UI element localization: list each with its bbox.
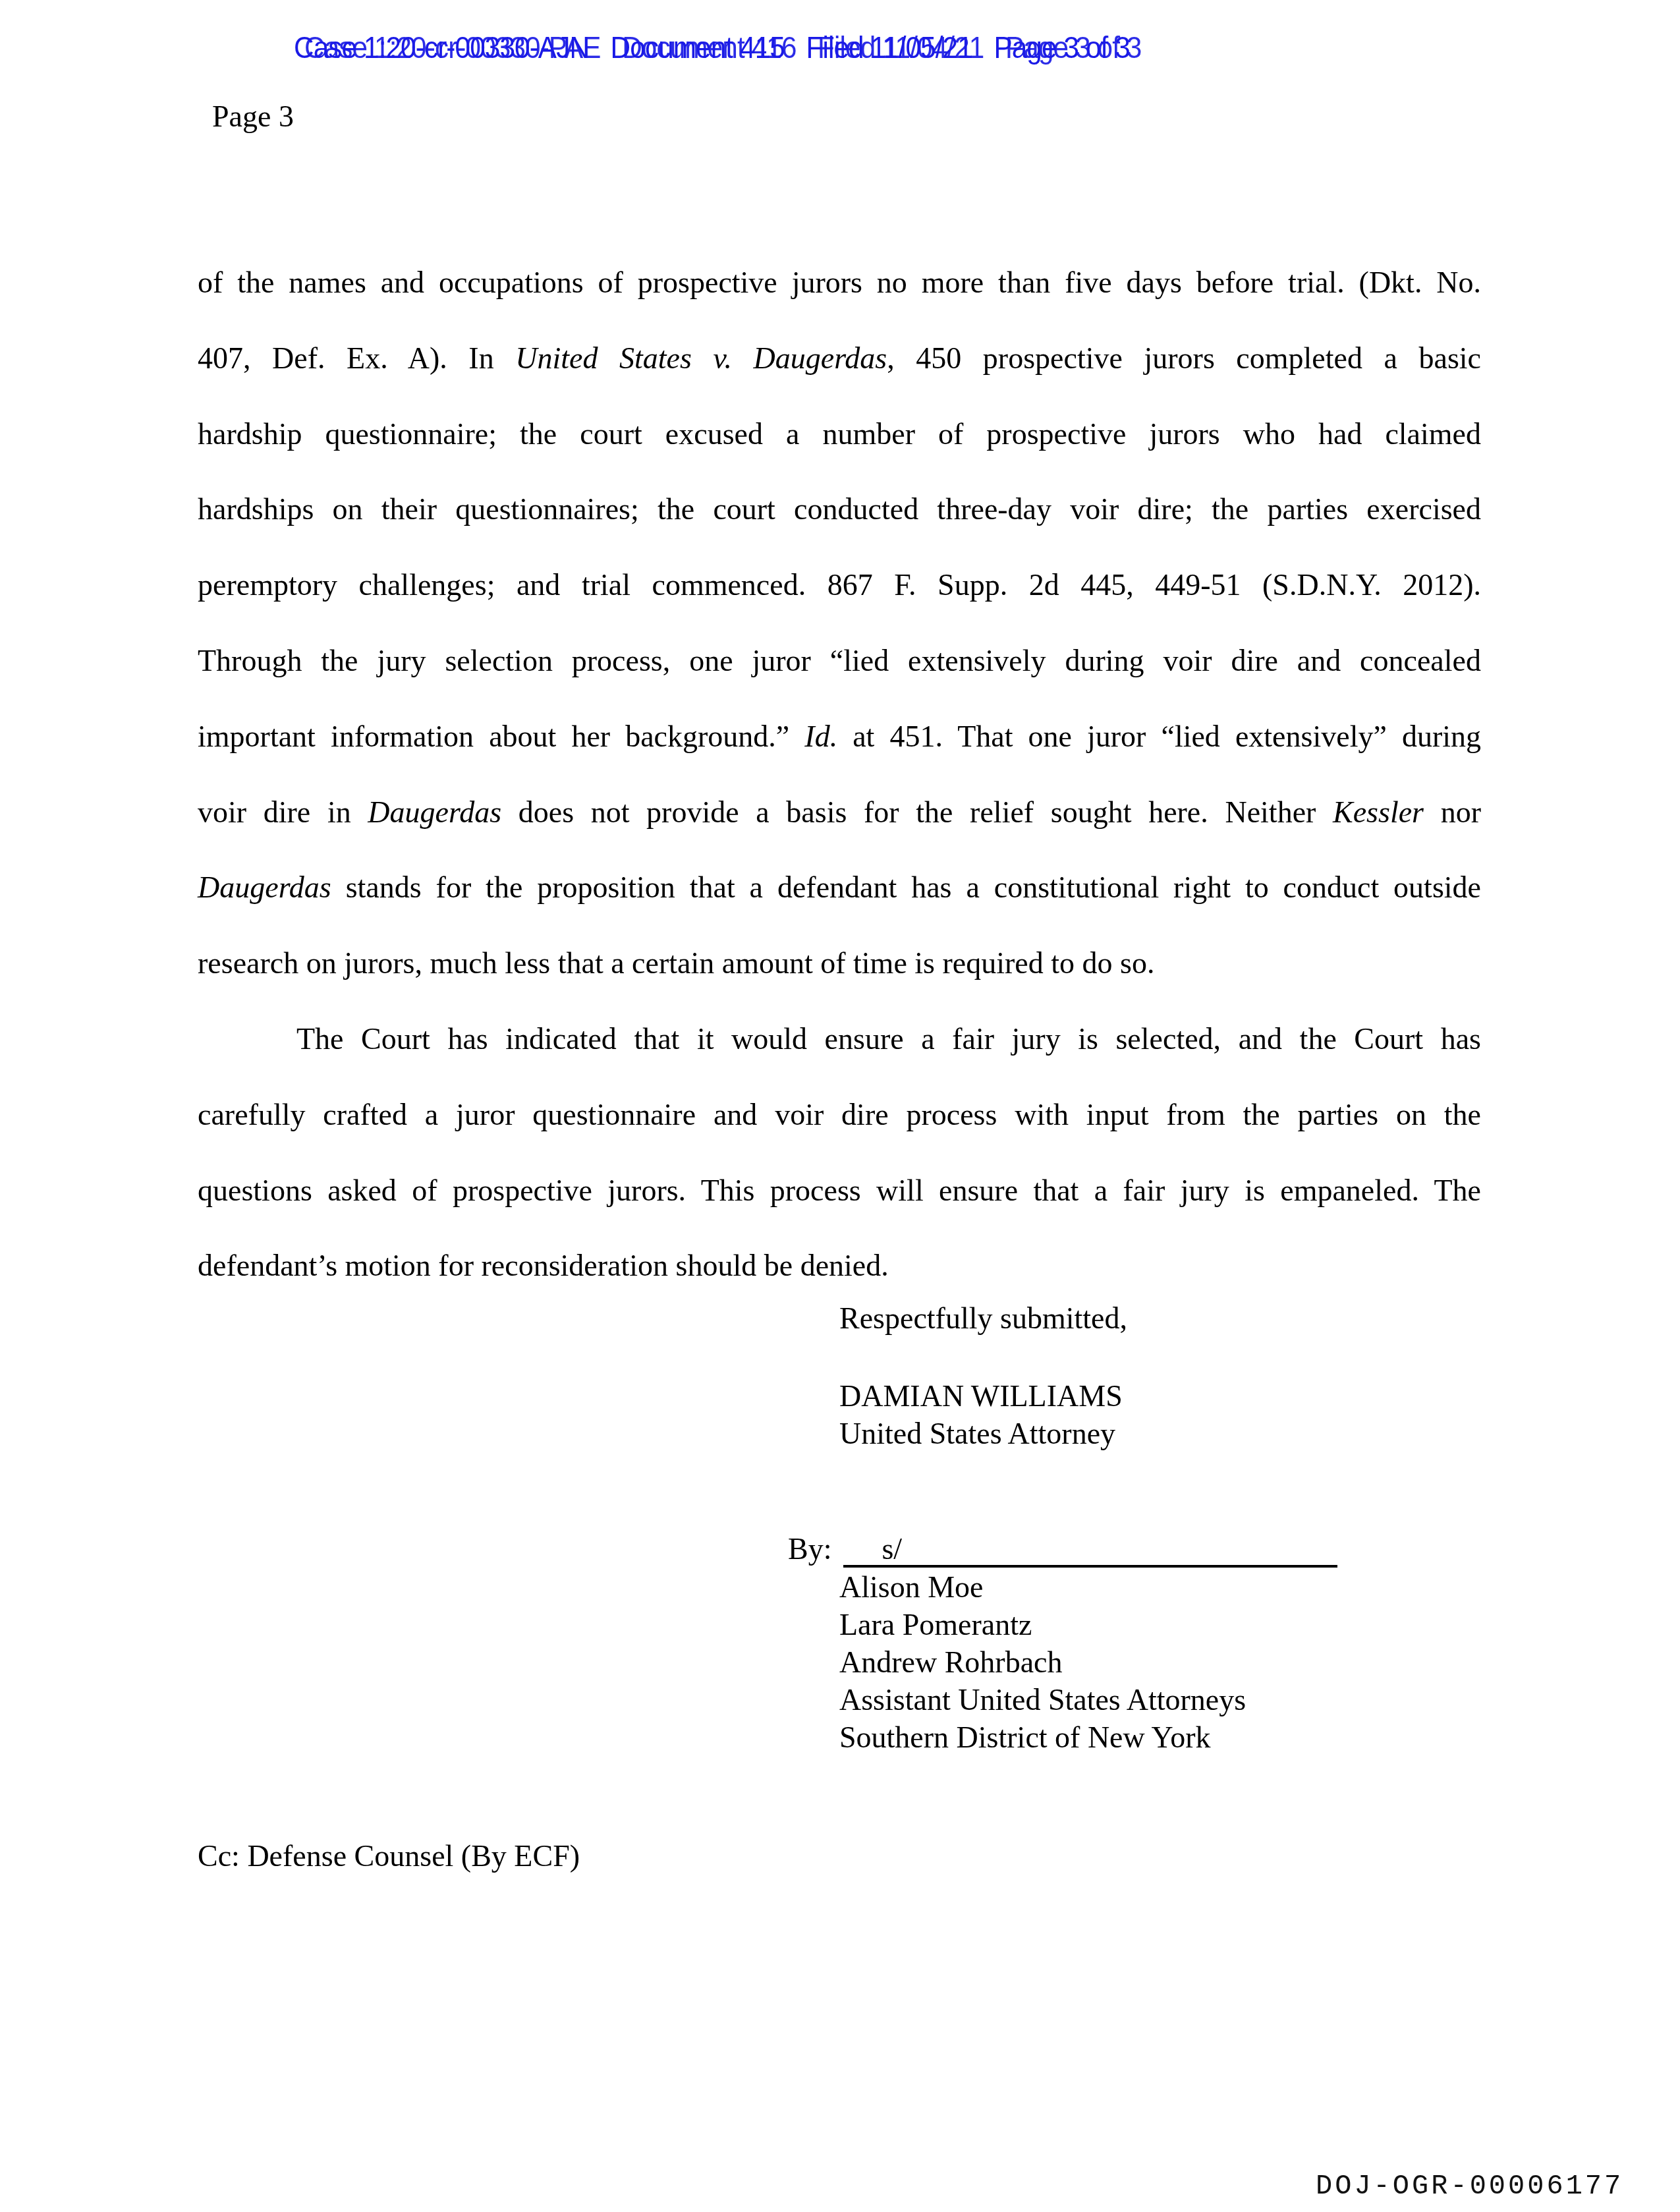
signatory-name: Alison Moe xyxy=(839,1568,1246,1606)
body-text-segment: voir dire in xyxy=(198,795,368,829)
body-text-segment: important information about her backgrou… xyxy=(198,720,804,753)
body-line: research on jurors, much less that a cer… xyxy=(198,926,1481,1002)
body-line: hardships on their questionnaires; the c… xyxy=(198,472,1481,548)
page-label: Page 3 xyxy=(212,99,294,134)
body-text-segment: does not provide a basis for the relief … xyxy=(501,795,1333,829)
electronic-signature-mark: s/ xyxy=(882,1530,902,1568)
body-line: Daugerdas stands for the proposition tha… xyxy=(198,850,1481,926)
us-attorney-title: United States Attorney xyxy=(839,1415,1123,1452)
body-line: questions asked of prospective jurors. T… xyxy=(198,1153,1481,1229)
case-citation: Id. xyxy=(804,720,837,753)
signature-attorney-block: DAMIAN WILLIAMS United States Attorney xyxy=(839,1377,1123,1452)
body-line: 407, Def. Ex. A). In United States v. Da… xyxy=(198,321,1481,397)
case-citation: Kessler xyxy=(1333,795,1424,829)
case-citation: Daugerdas xyxy=(198,870,331,904)
body-line: The Court has indicated that it would en… xyxy=(198,1002,1481,1077)
bates-number: DOJ-OGR-00006177 xyxy=(1316,2170,1623,2202)
body-line: Through the jury selection process, one … xyxy=(198,623,1481,699)
body-line: defendant’s motion for reconsideration s… xyxy=(198,1228,1481,1304)
body-line: of the names and occupations of prospect… xyxy=(198,245,1481,321)
signature-closing: Respectfully submitted, xyxy=(839,1299,1127,1337)
body-line: peremptory challenges; and trial commenc… xyxy=(198,548,1481,623)
body-line: important information about her backgrou… xyxy=(198,699,1481,775)
body-line: voir dire in Daugerdas does not provide … xyxy=(198,775,1481,851)
body-text-segment: Through the jury selection process, one … xyxy=(198,644,1481,677)
letter-body: of the names and occupations of prospect… xyxy=(198,245,1481,1304)
body-text-segment: The Court has indicated that it would en… xyxy=(296,1022,1481,1056)
body-text-segment: carefully crafted a juror questionnaire … xyxy=(198,1098,1481,1131)
by-label: By: xyxy=(788,1530,831,1568)
signatory-name: Andrew Rohrbach xyxy=(839,1643,1246,1681)
body-line: hardship questionnaire; the court excuse… xyxy=(198,397,1481,472)
signatory-list: Alison Moe Lara Pomerantz Andrew Rohrbac… xyxy=(839,1568,1246,1756)
body-text-segment: hardships on their questionnaires; the c… xyxy=(198,492,1481,526)
signature-rule: s/ xyxy=(843,1532,1337,1568)
signatory-title: Assistant United States Attorneys xyxy=(839,1681,1246,1718)
case-citation: Daugerdas xyxy=(368,795,501,829)
body-line: carefully crafted a juror questionnaire … xyxy=(198,1077,1481,1153)
ecf-header-stamp-overlay: Case 1:20-cr-00330-PAE Document 416 File… xyxy=(304,29,1141,65)
body-text-segment: hardship questionnaire; the court excuse… xyxy=(198,417,1481,451)
body-text-segment: peremptory challenges; and trial commenc… xyxy=(198,568,1481,602)
body-text-segment: of the names and occupations of prospect… xyxy=(198,266,1481,299)
signatory-district: Southern District of New York xyxy=(839,1718,1246,1756)
body-text-segment: nor xyxy=(1424,795,1481,829)
cc-line: Cc: Defense Counsel (By ECF) xyxy=(198,1838,580,1873)
body-text-segment: stands for the proposition that a defend… xyxy=(331,870,1481,904)
body-text-segment: at 451. That one juror “lied extensively… xyxy=(837,720,1481,753)
body-text-segment: defendant’s motion for reconsideration s… xyxy=(198,1249,889,1282)
body-text-segment: research on jurors, much less that a cer… xyxy=(198,946,1154,980)
body-text-segment: , 450 prospective jurors completed a bas… xyxy=(887,341,1481,375)
signature-by-line: By: s/ xyxy=(788,1530,1337,1568)
case-citation: United States v. Daugerdas xyxy=(515,341,887,375)
signatory-name: Lara Pomerantz xyxy=(839,1606,1246,1643)
us-attorney-name: DAMIAN WILLIAMS xyxy=(839,1377,1123,1415)
body-text-segment: questions asked of prospective jurors. T… xyxy=(198,1174,1481,1207)
body-text-segment: 407, Def. Ex. A). In xyxy=(198,341,515,375)
